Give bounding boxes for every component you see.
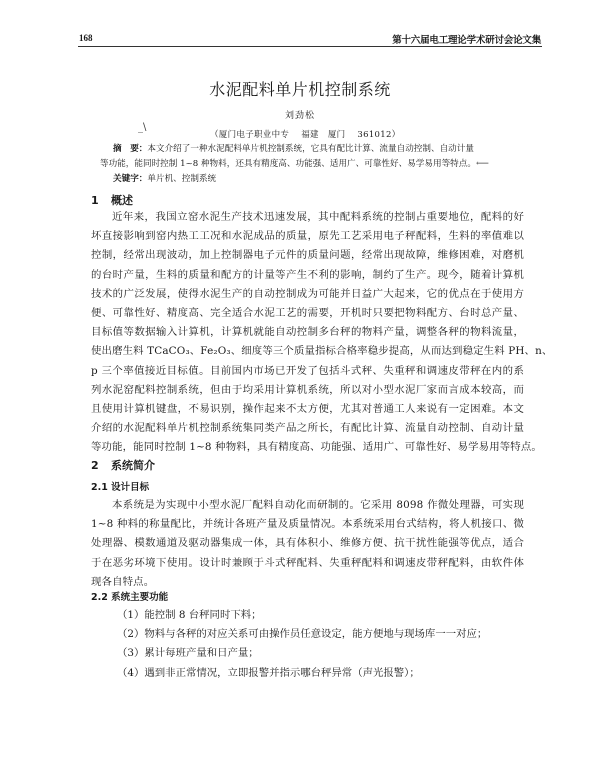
subsection-number: 2.1 (91, 482, 108, 493)
list-item: （2）物料与各秤的对应关系可由操作员任意设定，能方便地与现场库一一对应； (117, 625, 487, 644)
section-heading: 1概述 (91, 192, 133, 208)
handwritten-arrow-mark: ⟵ (476, 159, 489, 169)
page-number: 168 (79, 33, 93, 43)
keywords: 关键字：单片机、控制系统 (113, 172, 216, 184)
subsection-number: 2.2 (91, 592, 108, 603)
feature-list: （1）能控制 8 台秤同时下料； （2）物料与各秤的对应关系可由操作员任意设定，… (117, 606, 487, 683)
list-item: （1）能控制 8 台秤同时下料； (117, 606, 487, 625)
text-line: 于在恶劣环境下使用。设计时兼顾于斗式秤配料、失重秤配料和调速皮带秤配料，由软件体 (91, 554, 524, 573)
list-item: （3）累计每班产量和日产量； (117, 644, 487, 663)
text-line: 列水泥窑配料控制系统，但由于均采用计算机系统，所以对小型水泥厂家而言成本较高，而 (91, 381, 524, 400)
text-line: 等功能，能同时控制 1~8 种物料，具有精度高、功能强、适用广、可靠性好、易学易… (91, 438, 524, 457)
text-line: 便、可靠性好、精度高、完全适合水泥工艺的需要，开机时只要把物料配方、台时总产量、 (91, 304, 524, 323)
subsection-heading: 2.2 系统主要功能 (91, 589, 168, 603)
author: 刘劲松 (0, 108, 600, 121)
section-1-paragraph: 近年来，我国立窑水泥生产技术迅速发展，其中配料系统的控制占重要地位，配料的好 坏… (91, 208, 524, 458)
text-line: 控制，经常出现波动，加上控制器电子元件的质量问题，经常出现故障，维修困难，对磨机 (91, 246, 524, 265)
section-2-1-paragraph: 本系统是为实现中小型水泥厂配料自动化而研制的。它采用 8098 作微处理器，可实… (91, 496, 524, 592)
text-line: 且使用计算机键盘，不易识别，操作起来不太方便，尤其对普通工人来说有一定困难。本文 (91, 400, 524, 419)
text-line: 目标值等数据输入计算机，计算机就能自动控制多台秤的物料产量，调整各秤的物料流量， (91, 323, 524, 342)
section-title: 概述 (111, 194, 133, 207)
subsection-title: 系统主要功能 (111, 592, 168, 603)
section-number: 2 (91, 459, 111, 472)
keywords-value: 单片机、控制系统 (147, 174, 216, 184)
text-line: 使出磨生料 TCaCO₃、Fe₂O₃、细度等三个质量指标合格率稳步提高，从而达到… (91, 342, 524, 361)
text-line: 介绍的水泥配料单片机控制系统集同类产品之所长，有配比计算、流量自动控制、自动计量 (91, 419, 524, 438)
subsection-title: 设计目标 (111, 482, 149, 493)
affiliation: （厦门电子职业中专 福建 厦门 361012） (210, 128, 400, 140)
text-line: 的台时产量，生料的质量和配方的计量等产生不利的影响，制约了生产。现今，随着计算机 (91, 266, 524, 285)
list-item: （4）遇到非正常情况，立即报警并指示哪台秤异常（声光报警）； (117, 664, 487, 683)
handwritten-mark: _\ (138, 122, 146, 133)
keywords-label: 关键字： (113, 174, 147, 184)
paper-title: 水泥配料单片机控制系统 (0, 77, 600, 100)
journal-title: 第十六届电工理论学术研讨会论文集 (392, 32, 541, 46)
text-line: 1~8 种料的称量配比，并统计各班产量及质量情况。本系统采用台式结构，将人机接口… (91, 515, 524, 534)
text-line: 处理器、模数通道及驱动器集成一体，具有体积小、维修方便、抗干扰性能强等优点，适合 (91, 534, 524, 553)
text-line: 近年来，我国立窑水泥生产技术迅速发展，其中配料系统的控制占重要地位，配料的好 (91, 208, 524, 227)
section-number: 1 (91, 194, 111, 207)
abstract-label: 摘 要： (113, 144, 147, 154)
section-title: 系统简介 (111, 459, 155, 472)
text-line: 本系统是为实现中小型水泥厂配料自动化而研制的。它采用 8098 作微处理器，可实… (91, 496, 524, 515)
section-heading: 2系统简介 (91, 457, 155, 473)
subsection-heading: 2.1 设计目标 (91, 479, 149, 493)
text-line: p 三个率值接近目标值。目前国内市场已开发了包括斗式秤、失重秤和调速皮带秤在内的… (91, 362, 524, 381)
running-header: 168 第十六届电工理论学术研讨会论文集 (78, 30, 542, 47)
abstract-line: 本文介绍了一种水泥配料单片机控制系统，它具有配比计算、流量自动控制、自动计量 (147, 144, 474, 154)
text-line: 坏直接影响到窑内热工工况和水泥成品的质量，原先工艺采用电子秤配料，生料的率值难以 (91, 227, 524, 246)
abstract-line: 等功能，能同时控制 1~8 种物料，还具有精度高、功能强、适用广、可靠性好、易学… (100, 159, 476, 169)
text-line: 技术的广泛发展，使得水泥生产的自动控制成为可能并日益广大起来，它的优点在于使用方 (91, 285, 524, 304)
abstract: 摘 要：本文介绍了一种水泥配料单片机控制系统，它具有配比计算、流量自动控制、自动… (113, 142, 533, 172)
